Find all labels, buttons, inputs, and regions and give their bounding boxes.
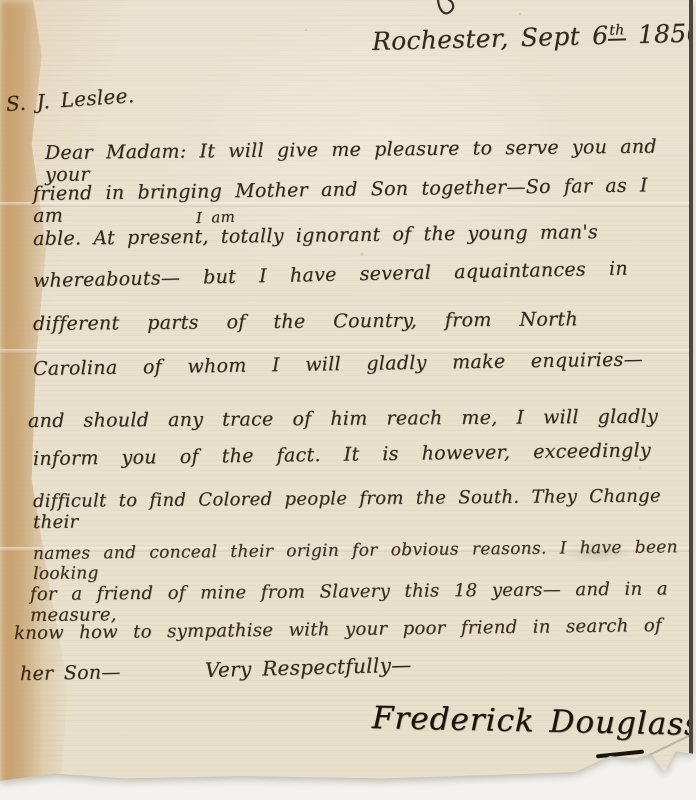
body-line-7: and should any trace of him reach me, I … xyxy=(28,406,658,432)
body-line-4: whereabouts— but I have several aquainta… xyxy=(33,258,628,292)
letter-paper: Rochester, Sept 6th 1856. S. J. Leslee. … xyxy=(0,0,696,800)
dateline-place-date: Rochester, Sept 6 xyxy=(372,21,609,56)
body-line-8: inform you of the fact. It is however, e… xyxy=(33,439,651,470)
body-line-9: difficult to find Colored people from th… xyxy=(33,486,661,533)
body-line-2: friend in bringing Mother and Son togeth… xyxy=(33,174,649,227)
signature: Frederick Douglass xyxy=(372,700,693,743)
paper-sheet: Rochester, Sept 6th 1856. S. J. Leslee. … xyxy=(0,0,693,800)
dateline-ordinal: th xyxy=(608,22,626,40)
signature-flourish xyxy=(596,750,644,758)
body-line-13: her Son— xyxy=(20,661,121,685)
closing: Very Respectfully— xyxy=(205,653,412,682)
dateline: Rochester, Sept 6th 1856. xyxy=(372,18,693,56)
dateline-year: 1856. xyxy=(625,18,693,49)
body-line-10: names and conceal their origin for obvio… xyxy=(33,537,678,584)
body-line-5: different parts of the Country, from Nor… xyxy=(33,308,578,335)
scanned-letter: Rochester, Sept 6th 1856. S. J. Leslee. … xyxy=(0,0,696,800)
stray-ink-mark xyxy=(432,0,462,20)
